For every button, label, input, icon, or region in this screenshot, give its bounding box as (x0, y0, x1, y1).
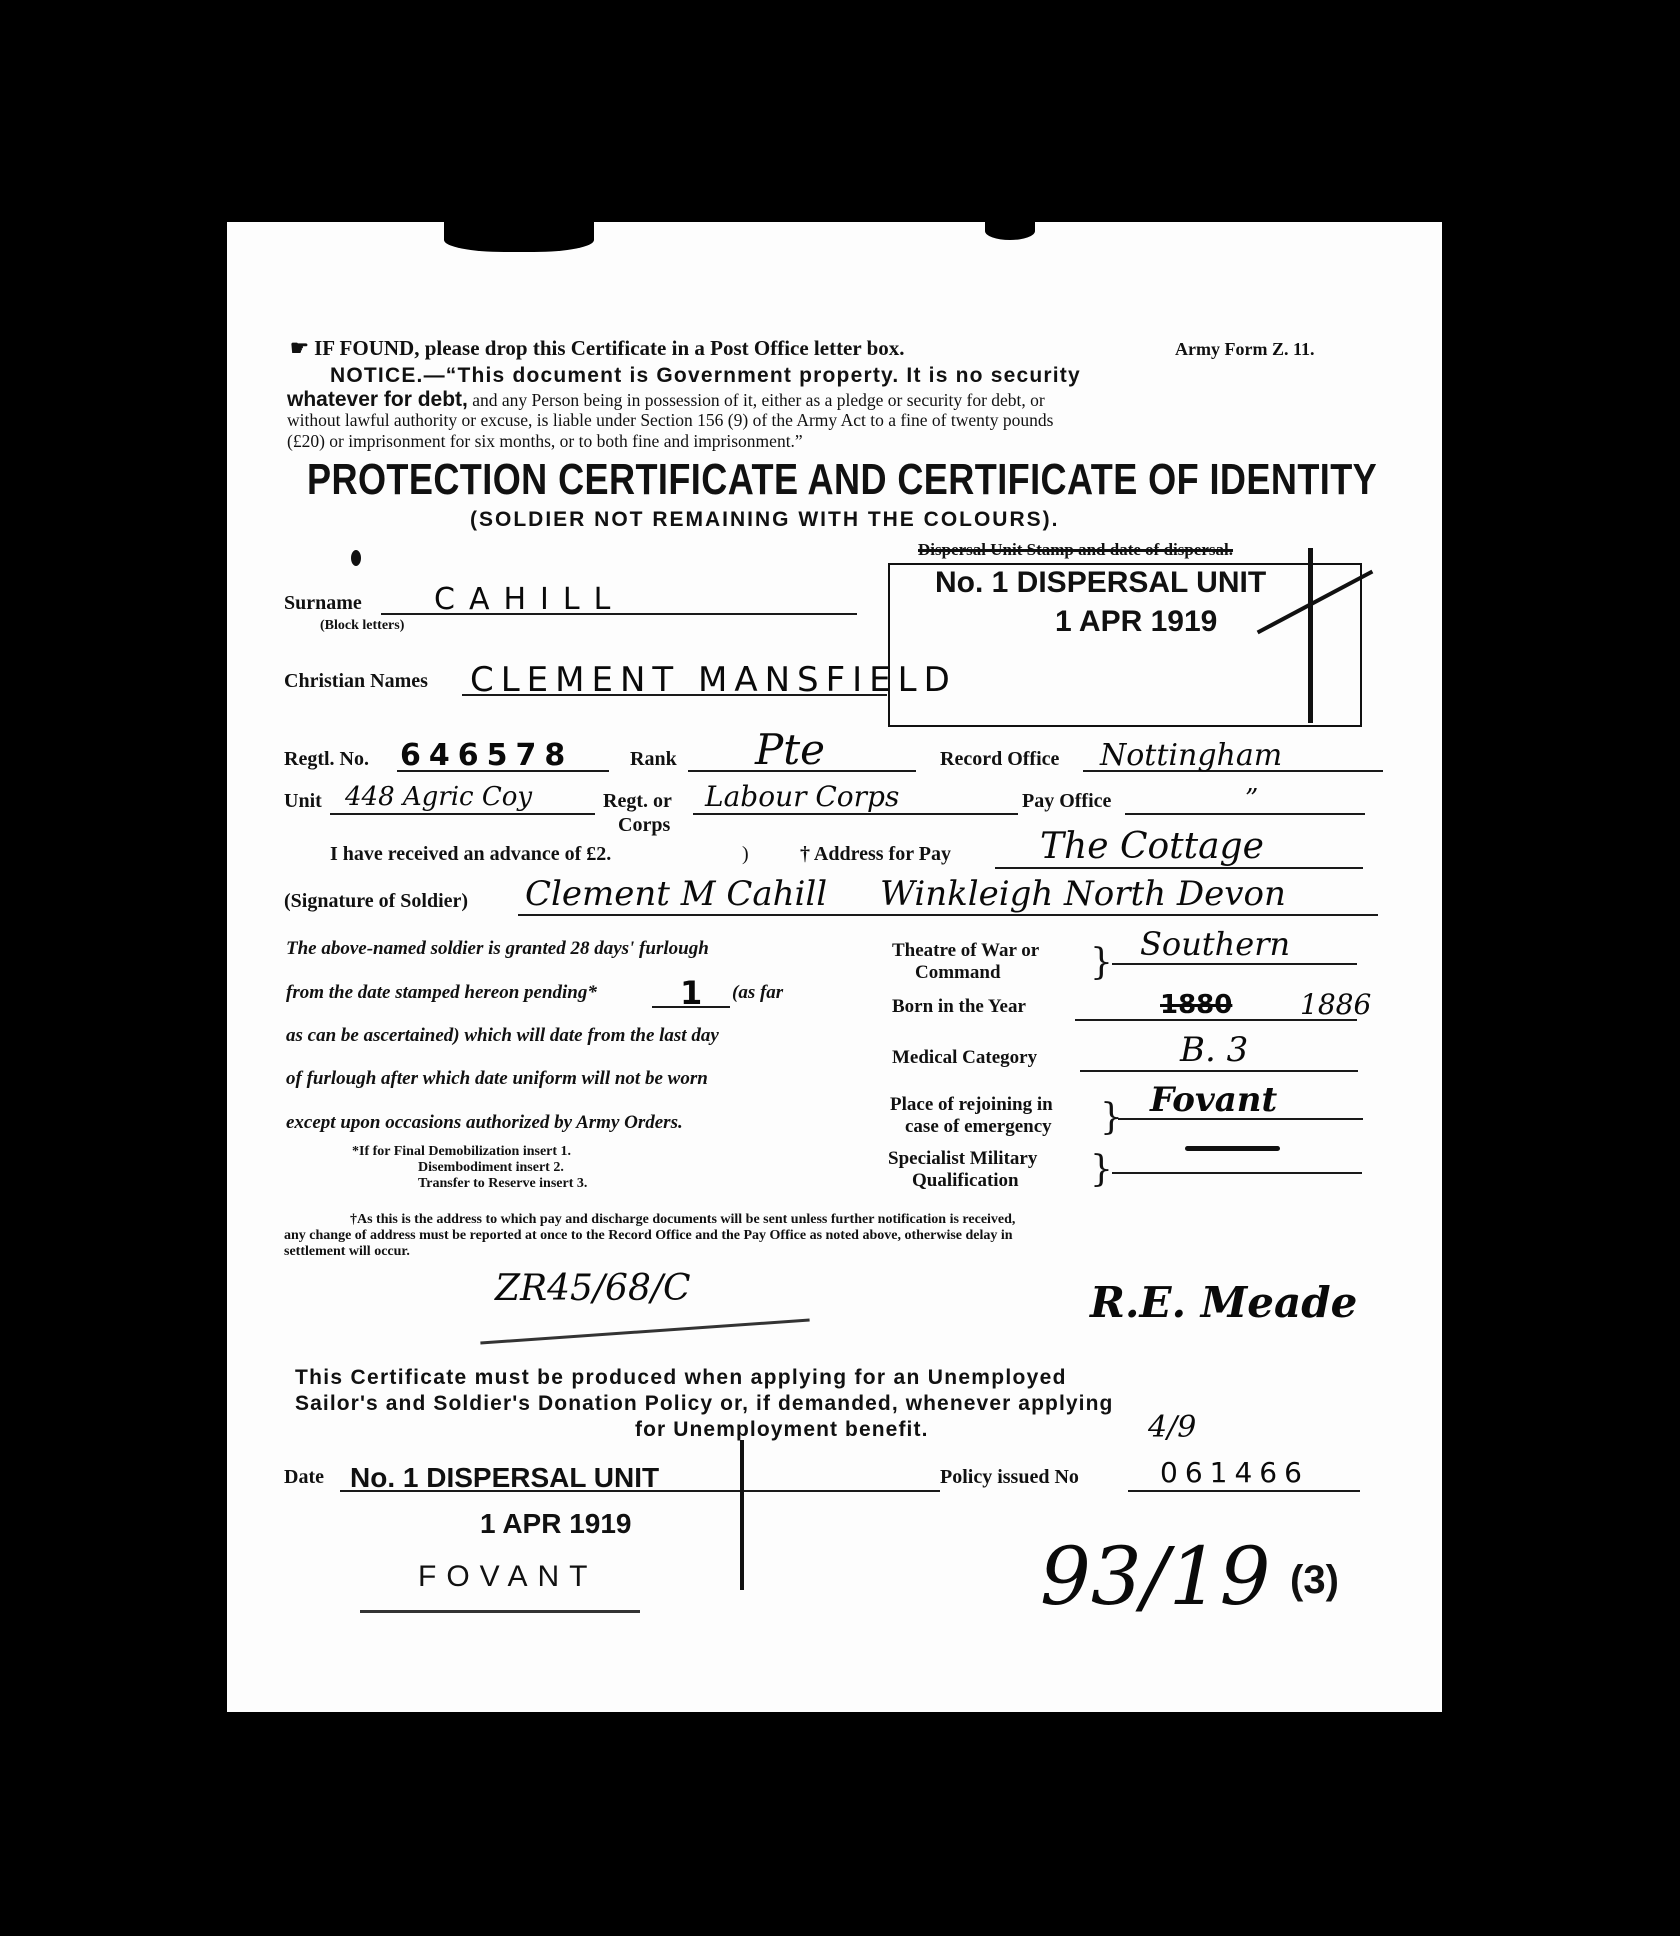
specialist-underline (1112, 1172, 1362, 1174)
pay-office-field[interactable]: ” (1245, 784, 1258, 814)
born-label: Born in the Year (892, 996, 1026, 1018)
page-number: (3) (1290, 1558, 1339, 1603)
furlough-line-3: as can be ascertained) which will date f… (286, 1025, 719, 1047)
signature-label: (Signature of Soldier) (284, 890, 468, 913)
stamp-check-stroke (1308, 548, 1313, 723)
notice-line-4: (£20) or imprisonment for six months, or… (287, 431, 803, 452)
rank-label: Rank (630, 748, 677, 771)
stamp-border-bottom (360, 1610, 640, 1613)
address-underline (995, 867, 1363, 869)
medical-underline (1080, 1070, 1358, 1072)
footnote-3: Transfer to Reserve insert 3. (418, 1176, 587, 1192)
reference-number: ZR45/68/C (495, 1268, 691, 1309)
date-stamp-date: 1 APR 1919 (480, 1508, 632, 1540)
medical-label: Medical Category (892, 1047, 1037, 1069)
date-stamp-place: FOVANT (418, 1560, 597, 1594)
surname-label: Surname (284, 592, 362, 615)
date-stamp-unit: No. 1 DISPERSAL UNIT (350, 1462, 659, 1494)
stamp-date: 1 APR 1919 (1055, 605, 1217, 639)
theatre-field[interactable]: Southern (1140, 925, 1290, 963)
officer-signature: R.E. Meade (1090, 1278, 1357, 1327)
specialist-label-2: Qualification (912, 1170, 1019, 1192)
form-number: Army Form Z. 11. (1175, 339, 1314, 360)
footnote-1: *If for Final Demobilization insert 1. (352, 1144, 571, 1160)
specialist-label-1: Specialist Military (888, 1148, 1037, 1170)
specialist-field-dash[interactable] (1185, 1146, 1280, 1151)
policy-mark: 4/9 (1148, 1410, 1196, 1445)
christian-names-label: Christian Names (284, 670, 428, 693)
advance-label: I have received an advance of £2. (330, 843, 611, 866)
advance-bracket: ) (742, 843, 749, 866)
stamp-unit: No. 1 DISPERSAL UNIT (935, 566, 1266, 600)
pending-field[interactable]: 1 (680, 974, 702, 1012)
regtl-no-label: Regtl. No. (284, 748, 369, 771)
born-field[interactable]: 1886 (1300, 988, 1371, 1021)
unit-label: Unit (284, 790, 322, 813)
furlough-line-1: The above-named soldier is granted 28 da… (286, 938, 709, 960)
surname-sublabel: (Block letters) (320, 618, 404, 634)
policy-underline (1128, 1490, 1360, 1492)
stamp-border-right (740, 1440, 744, 1590)
christian-names-field[interactable]: CLEMENT MANSFIELD (470, 660, 957, 700)
surname-field[interactable]: CAHILL (434, 582, 624, 617)
bottom-notice-2: Sailor's and Soldier's Donation Policy o… (295, 1392, 1113, 1416)
notice-line-2: whatever for debt, and any Person being … (287, 388, 1045, 412)
rank-field[interactable]: Pte (755, 725, 825, 774)
notice-bold: whatever for debt, (287, 388, 468, 411)
bottom-notice-1: This Certificate must be produced when a… (295, 1366, 1067, 1390)
signature-underline (518, 914, 1378, 916)
theatre-underline (1112, 963, 1357, 965)
brace: } (1090, 945, 1113, 981)
medical-field[interactable]: B. 3 (1180, 1030, 1248, 1070)
regt-field[interactable]: Labour Corps (705, 780, 899, 813)
address-note-3: settlement will occur. (284, 1244, 410, 1260)
address-continuation[interactable]: Winkleigh North Devon (880, 874, 1286, 914)
ink-dot (351, 550, 361, 566)
furlough-line-4: of furlough after which date uniform wil… (286, 1068, 708, 1090)
record-office-label: Record Office (940, 748, 1059, 771)
address-note-1: †As this is the address to which pay and… (350, 1212, 1015, 1228)
furlough-line-2b: (as far (732, 982, 783, 1004)
bottom-notice-3: for Unemployment benefit. (635, 1418, 929, 1442)
theatre-label-1: Theatre of War or (892, 940, 1039, 962)
furlough-line-2: from the date stamped hereon pending* (286, 982, 597, 1004)
born-struck-value: 1880 (1160, 990, 1232, 1020)
notice-heading: NOTICE.—“This document is Government pro… (330, 364, 1081, 388)
regtl-no-field[interactable]: 646578 (400, 738, 573, 773)
notice-text: and any Person being in possession of it… (472, 390, 1045, 410)
if-found-line: ☛ IF FOUND, please drop this Certificate… (290, 336, 905, 361)
rejoin-field[interactable]: Fovant (1150, 1080, 1277, 1120)
regt-label: Regt. or (603, 790, 672, 813)
policy-label: Policy issued No (940, 1466, 1079, 1489)
rejoin-label-1: Place of rejoining in (890, 1094, 1053, 1116)
pay-office-label: Pay Office (1022, 790, 1111, 813)
footnote-2: Disembodiment insert 2. (418, 1160, 564, 1176)
corps-label: Corps (618, 814, 670, 837)
unit-underline (330, 813, 595, 815)
notice-line-3: without lawful authority or excuse, is l… (287, 410, 1053, 431)
file-reference: 93/19 (1040, 1530, 1271, 1623)
policy-number-field[interactable]: 061466 (1160, 1456, 1309, 1489)
record-office-field[interactable]: Nottingham (1100, 738, 1282, 773)
page-title: PROTECTION CERTIFICATE AND CERTIFICATE O… (307, 455, 1377, 505)
torn-edge (985, 222, 1035, 240)
address-for-pay-label: † Address for Pay (800, 843, 951, 866)
page-subtitle: (SOLDIER NOT REMAINING WITH THE COLOURS)… (470, 508, 1059, 532)
rejoin-label-2: case of emergency (905, 1116, 1052, 1138)
regt-underline (693, 813, 1018, 815)
address-note-2: any change of address must be reported a… (284, 1228, 1013, 1244)
dispersal-label: Dispersal Unit Stamp and date of dispers… (918, 540, 1233, 560)
unit-field[interactable]: 448 Agric Coy (345, 782, 532, 812)
address-field[interactable]: The Cottage (1040, 826, 1264, 867)
date-label: Date (284, 1466, 324, 1489)
brace: } (1090, 1152, 1113, 1188)
theatre-label-2: Command (915, 962, 1001, 984)
soldier-signature[interactable]: Clement M Cahill (525, 874, 827, 914)
torn-edge (444, 222, 594, 252)
furlough-line-5: except upon occasions authorized by Army… (286, 1112, 683, 1134)
pointing-hand-icon: ☛ (290, 336, 309, 360)
if-found-text: IF FOUND, please drop this Certificate i… (314, 336, 904, 360)
